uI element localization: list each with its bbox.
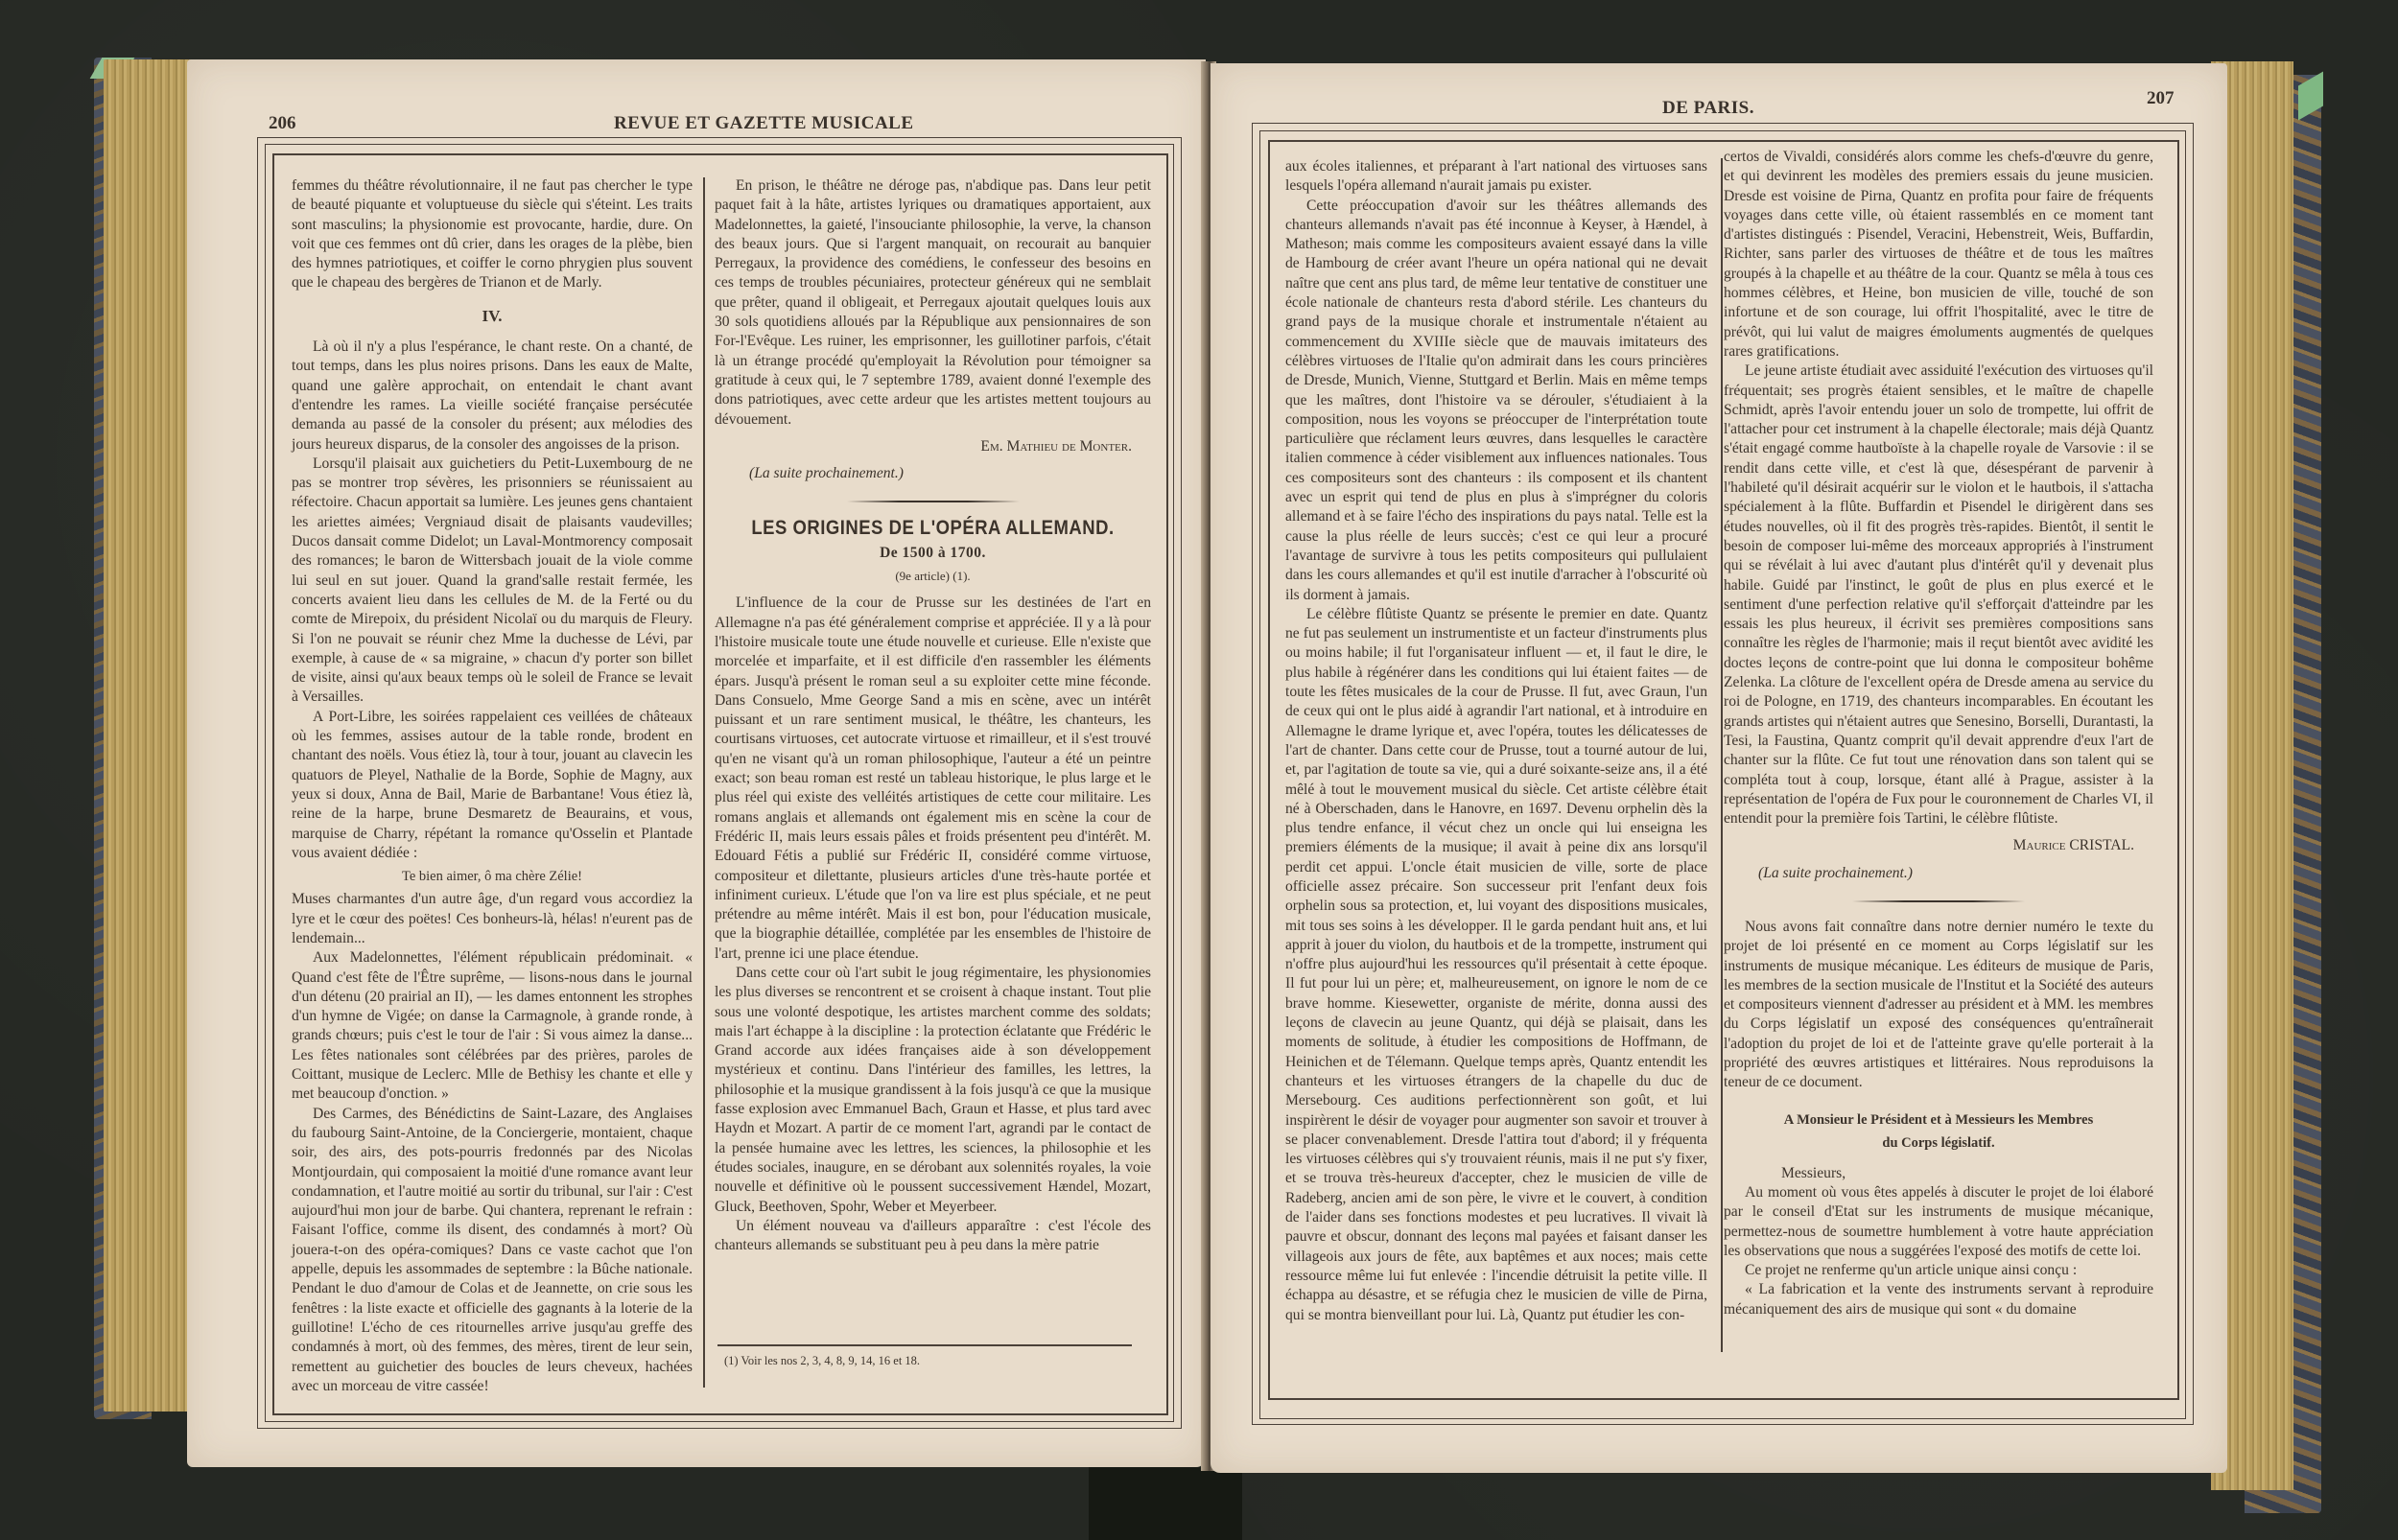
article-number: (9e article) (1). xyxy=(715,567,1151,586)
paragraph: Nous avons fait connaître dans notre der… xyxy=(1724,918,2153,1093)
paragraph: Là où il n'y a plus l'espérance, le chan… xyxy=(292,338,693,455)
right-page-column-2: certos de Vivaldi, considérés alors comm… xyxy=(1724,148,2153,1319)
paragraph: Dans cette cour où l'art subit le joug r… xyxy=(715,964,1151,1217)
paragraph: Muses charmantes d'un autre âge, d'un re… xyxy=(292,890,693,948)
paragraph: Lorsqu'il plaisait aux guichetiers du Pe… xyxy=(292,455,693,708)
running-head-left: REVUE ET GAZETTE MUSICALE xyxy=(614,113,914,134)
footnote-rule xyxy=(717,1344,1132,1346)
section-heading: IV. xyxy=(292,307,693,326)
book-stand xyxy=(1089,1467,1242,1540)
address-line: A Monsieur le Président et à Messieurs l… xyxy=(1724,1108,2153,1132)
paragraph: Ce projet ne renferme qu'un article uniq… xyxy=(1724,1261,2153,1280)
paragraph: femmes du théâtre révolutionnaire, il ne… xyxy=(292,176,693,293)
paragraph: Des Carmes, des Bénédictins de Saint-Laz… xyxy=(292,1105,693,1396)
author-signature: Em. Mathieu de Monter. xyxy=(715,437,1151,456)
salutation: Messieurs, xyxy=(1724,1164,2153,1183)
paragraph: En prison, le théâtre ne déroge pas, n'a… xyxy=(715,176,1151,430)
continuation-note: (La suite prochainement.) xyxy=(1724,864,2153,883)
article-title: LES ORIGINES DE L'OPÉRA ALLEMAND. xyxy=(715,517,1151,539)
paragraph: Cette préoccupation d'avoir sur les théâ… xyxy=(1285,197,1707,605)
paragraph: Le célèbre flûtiste Quantz se présente l… xyxy=(1285,605,1707,1325)
paragraph: L'influence de la cour de Prusse sur les… xyxy=(715,594,1151,964)
paragraph: Au moment où vous êtes appelés à discute… xyxy=(1724,1183,2153,1261)
paragraph: A Port-Libre, les soirées rappelaient ce… xyxy=(292,708,693,863)
paragraph: Un élément nouveau va d'ailleurs apparaî… xyxy=(715,1217,1151,1256)
ornamental-rule xyxy=(1852,900,2025,902)
paragraph: Le jeune artiste étudiait avec assiduité… xyxy=(1724,362,2153,828)
column-separator xyxy=(703,177,705,1388)
paragraph: « La fabrication et la vente des instrum… xyxy=(1724,1280,2153,1319)
continuation-note: (La suite prochainement.) xyxy=(715,464,1151,483)
letter-address: A Monsieur le Président et à Messieurs l… xyxy=(1724,1108,2153,1155)
ornamental-rule xyxy=(847,501,1020,502)
verse-line: Te bien aimer, ô ma chère Zélie! xyxy=(292,867,693,886)
address-line: du Corps législatif. xyxy=(1724,1132,2153,1155)
article-subtitle: De 1500 à 1700. xyxy=(715,544,1151,563)
footnote: (1) Voir les nos 2, 3, 4, 8, 9, 14, 16 e… xyxy=(724,1354,920,1368)
paragraph: Aux Madelonnettes, l'élément républicain… xyxy=(292,948,693,1104)
right-page-column-1: aux écoles italiennes, et préparant à l'… xyxy=(1285,157,1707,1325)
column-separator xyxy=(1721,158,1723,1352)
paragraph: aux écoles italiennes, et préparant à l'… xyxy=(1285,157,1707,197)
left-page-column-1: femmes du théâtre révolutionnaire, il ne… xyxy=(292,176,693,1396)
author-signature: Maurice CRISTAL. xyxy=(1724,836,2153,855)
left-page-column-2: En prison, le théâtre ne déroge pas, n'a… xyxy=(715,176,1151,1255)
page-number-right: 207 xyxy=(2147,88,2175,109)
running-head-right: DE PARIS. xyxy=(1662,98,1754,119)
page-number-left: 206 xyxy=(269,113,296,134)
paragraph: certos de Vivaldi, considérés alors comm… xyxy=(1724,148,2153,362)
